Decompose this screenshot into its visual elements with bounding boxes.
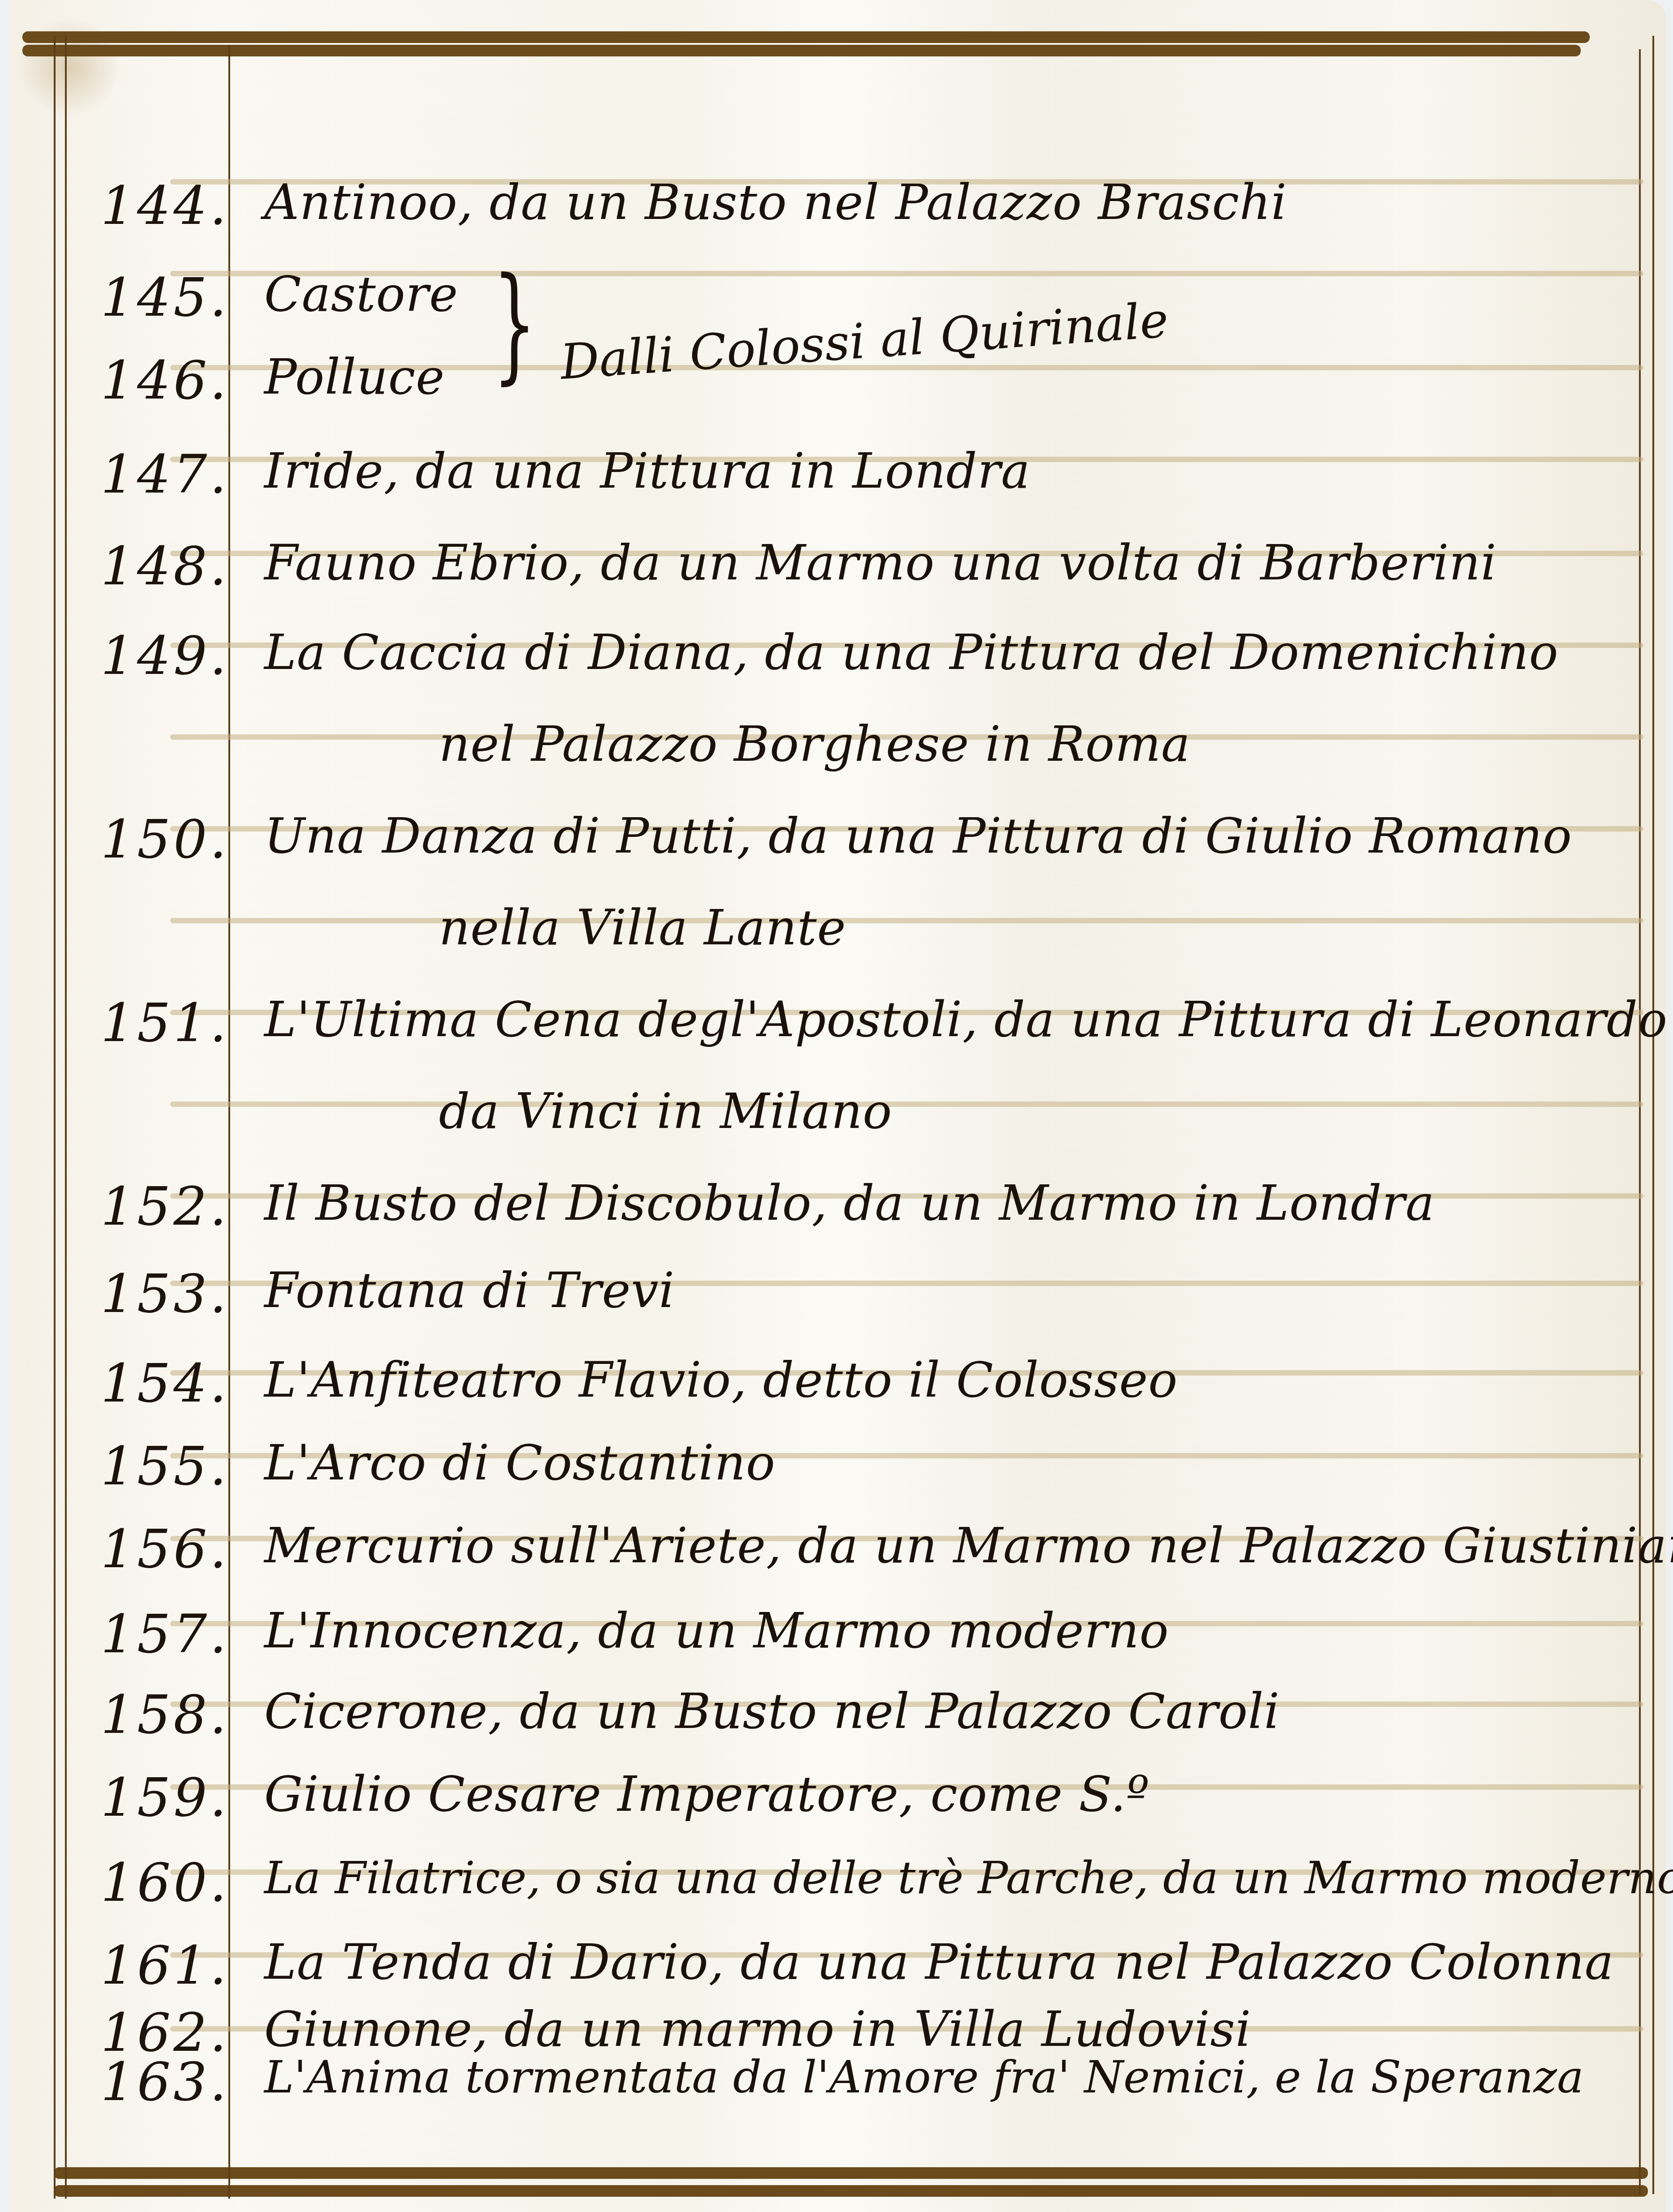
entry-text: Polluce xyxy=(264,349,445,405)
entry-number: 144. xyxy=(101,175,217,236)
entry-number: 155. xyxy=(101,1435,217,1497)
entry-continuation: nel Palazzo Borghese in Roma xyxy=(439,716,1190,772)
entry-number: 159. xyxy=(101,1766,217,1828)
entry-number: 145. xyxy=(101,266,217,328)
entry-number: 161. xyxy=(101,1934,217,1996)
entry-text: L'Anfiteatro Flavio, detto il Colosseo xyxy=(264,1352,1178,1408)
entry-number: 156. xyxy=(101,1518,217,1580)
entry-text: Una Danza di Putti, da una Pittura di Gi… xyxy=(264,808,1572,864)
entry-text: La Caccia di Diana, da una Pittura del D… xyxy=(264,625,1559,681)
entry-text: Cicerone, da un Busto nel Palazzo Caroli xyxy=(264,1684,1280,1740)
entry-text: Mercurio sull'Ariete, da un Marmo nel Pa… xyxy=(264,1518,1673,1574)
entry-number: 154. xyxy=(101,1352,217,1414)
entry-text: Fontana di Trevi xyxy=(264,1263,675,1319)
entry-number: 149. xyxy=(101,625,217,686)
entry-text: L'Innocenza, da un Marmo moderno xyxy=(264,1603,1169,1659)
entry-text: L'Anima tormentata da l'Amore fra' Nemic… xyxy=(264,2051,1584,2103)
bottom-rule-2 xyxy=(54,2185,1648,2197)
entry-text: L'Ultima Cena degl'Apostoli, da una Pitt… xyxy=(264,992,1668,1048)
entry-number: 163. xyxy=(101,2051,217,2113)
curly-brace: } xyxy=(493,251,536,397)
entry-text: Iride, da una Pittura in Londra xyxy=(264,443,1030,499)
entry-number: 146. xyxy=(101,349,217,411)
entry-text: Giunone, da un marmo in Villa Ludovisi xyxy=(264,2002,1251,2058)
left-border-inner xyxy=(65,36,67,2199)
entry-text: Giulio Cesare Imperatore, come S.º xyxy=(264,1766,1150,1822)
entry-continuation: da Vinci in Milano xyxy=(439,1084,892,1140)
entry-number: 157. xyxy=(101,1603,217,1665)
top-rule-1 xyxy=(22,31,1590,43)
bottom-rule-1 xyxy=(54,2167,1648,2179)
entry-text: La Tenda di Dario, da una Pittura nel Pa… xyxy=(264,1934,1614,1990)
entry-text: Castore xyxy=(264,266,458,322)
top-rule-2 xyxy=(22,45,1581,56)
entry-continuation: nella Villa Lante xyxy=(439,900,846,956)
entry-number: 158. xyxy=(101,1684,217,1745)
entry-text: La Filatrice, o sia una delle trè Parche… xyxy=(264,1852,1673,1904)
entry-number: 153. xyxy=(101,1263,217,1325)
entry-number: 152. xyxy=(101,1175,217,1237)
ruled-line xyxy=(170,1102,1643,1107)
ruled-line xyxy=(170,918,1643,923)
entry-number: 147. xyxy=(101,443,217,505)
entry-text: Antinoo, da un Busto nel Palazzo Braschi xyxy=(264,175,1287,231)
left-border-outer xyxy=(54,36,56,2199)
entry-number: 148. xyxy=(101,535,217,597)
entry-number: 151. xyxy=(101,992,217,1054)
entry-text: Fauno Ebrio, da un Marmo una volta di Ba… xyxy=(264,535,1497,591)
entry-text: L'Arco di Costantino xyxy=(264,1435,776,1491)
entry-number: 150. xyxy=(101,808,217,870)
entry-number: 160. xyxy=(101,1852,217,1913)
entry-text: Il Busto del Discobulo, da un Marmo in L… xyxy=(264,1175,1435,1231)
